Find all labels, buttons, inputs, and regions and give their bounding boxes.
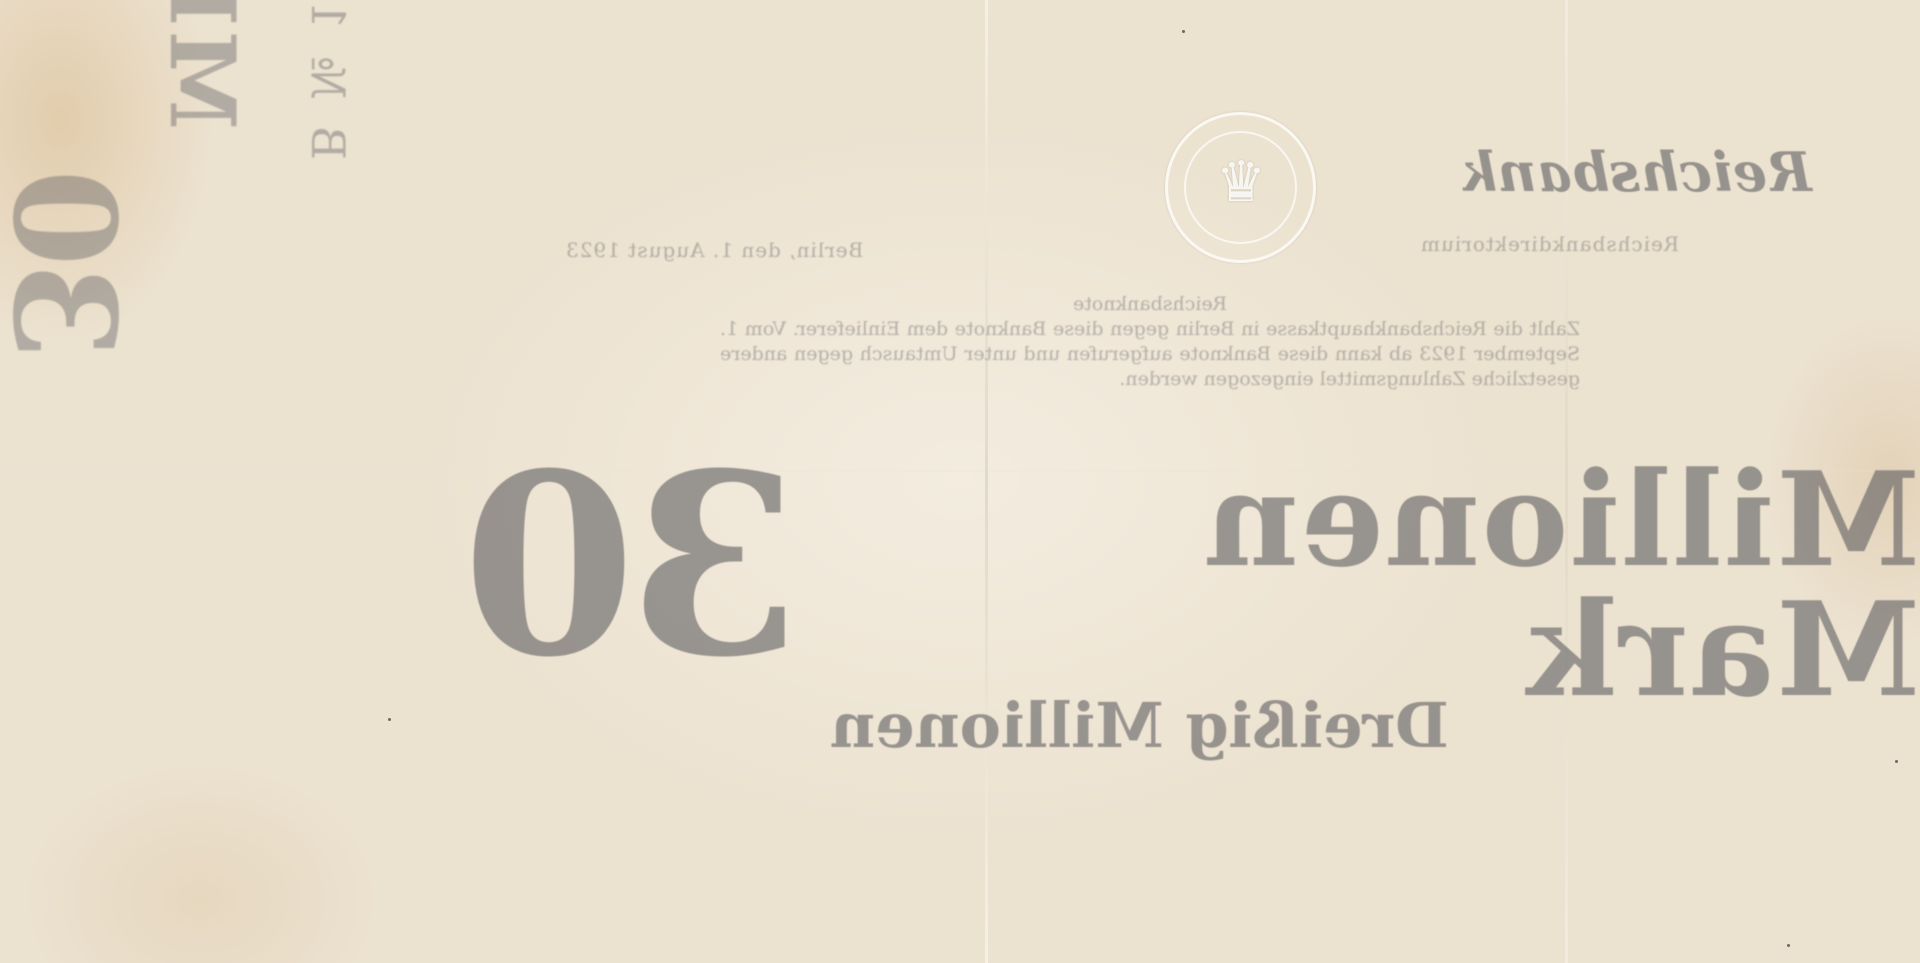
banknote-reverse: ♛ Berlin, den 1. August 1923 Reichsbank …	[0, 0, 1920, 963]
side-denomination-vertical: MILLIONEN	[255, 130, 913, 236]
denomination-word: Millionen Mark	[800, 455, 1920, 715]
side-denomination-text: MILLIONEN	[149, 0, 255, 130]
legal-text-block: Reichsbanknote Zahlt die Reichsbankhaupt…	[720, 292, 1580, 392]
denomination-word-text: Millionen Mark	[800, 455, 1920, 715]
side-numeral-vertical: 30	[145, 360, 332, 524]
signature-title: Reichsbankdirektorium	[1420, 232, 1679, 256]
eagle-emblem-icon: ♛	[1216, 143, 1266, 223]
embossed-seal: ♛	[1165, 112, 1316, 263]
signature: Reichsbank	[1460, 140, 1812, 204]
denomination-numeral-text: 30	[470, 440, 802, 690]
ink-speck	[1182, 30, 1185, 33]
issue-date-line: Berlin, den 1. August 1923	[565, 238, 863, 262]
side-numeral-text: 30	[0, 173, 145, 360]
ink-speck	[388, 718, 391, 721]
denomination-subtext: Dreißig Millionen	[830, 695, 1449, 757]
ink-speck	[1787, 944, 1790, 947]
signature-text: Reichsbank	[1460, 140, 1812, 204]
signature-title-text: Reichsbankdirektorium	[1420, 232, 1679, 256]
legal-text-body: Zahlt die Reichsbankhauptkasse in Berlin…	[720, 318, 1580, 390]
legal-text-heading: Reichsbanknote	[720, 292, 1580, 317]
serial-value: № 140030	[301, 0, 355, 100]
ink-speck	[1895, 760, 1898, 763]
issue-date-text: Berlin, den 1. August 1923	[565, 238, 863, 262]
denomination-subtext-text: Dreißig Millionen	[830, 695, 1449, 757]
denomination-numeral: 30	[470, 440, 802, 690]
